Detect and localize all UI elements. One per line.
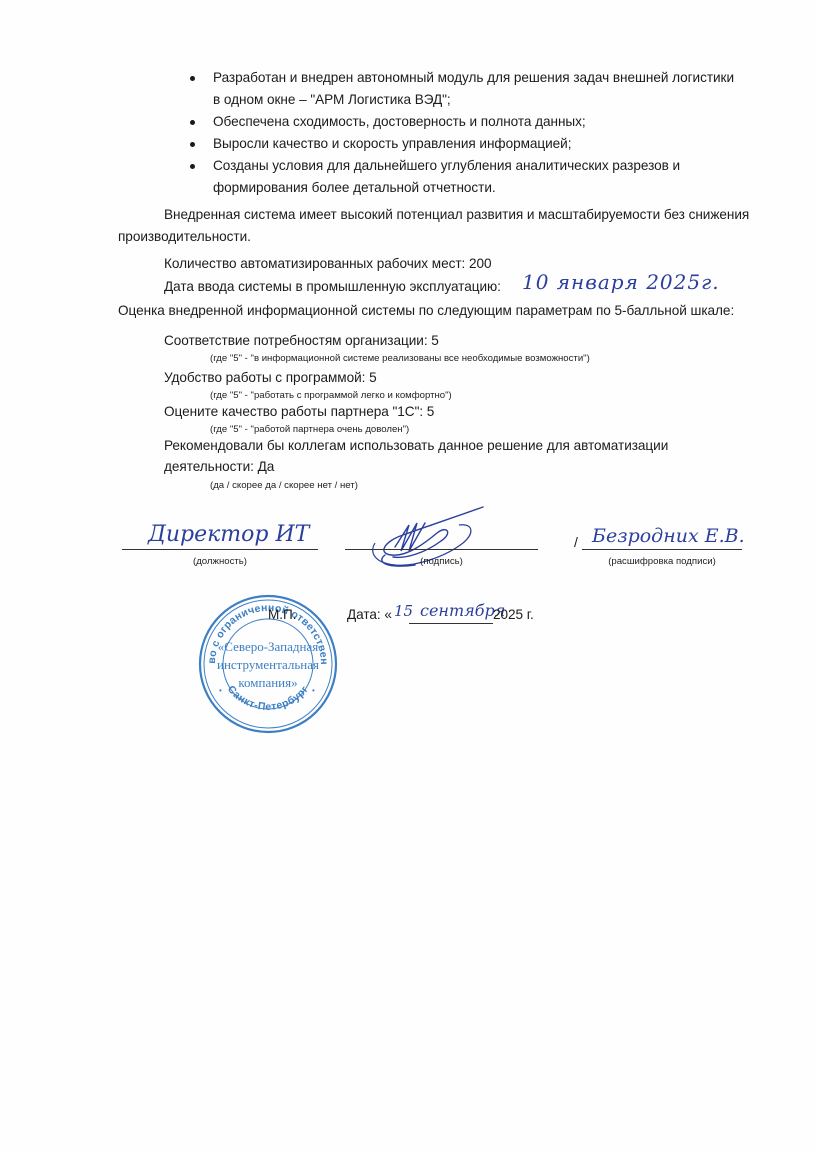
stamp-company-line: компания» [197, 675, 339, 691]
recommend-hint: (да / скорее да / скорее нет / нет) [210, 480, 358, 491]
document-page: Разработан и внедрен автономный модуль д… [0, 0, 815, 1152]
recommend-question-line2: деятельности: Да [164, 459, 274, 474]
list-item-text: Выросли качество и скорость управления и… [213, 136, 571, 151]
list-item-text: Разработан и внедрен автономный модуль д… [213, 70, 734, 85]
list-item-text: Обеспечена сходимость, достоверность и п… [213, 114, 586, 129]
name-caption: (расшифровка подписи) [582, 556, 742, 567]
rating-hint: (где "5" - "в информационной системе реа… [210, 353, 590, 364]
bullet-icon [190, 164, 195, 169]
name-handwritten: Безродних Е.В. [592, 525, 745, 547]
name-prefix: / [574, 534, 578, 550]
bullet-icon [190, 76, 195, 81]
recommend-question-line1: Рекомендовали бы коллегам использовать д… [164, 438, 668, 453]
date-month-line [409, 623, 493, 624]
rating-hint: (где "5" - "работой партнера очень довол… [210, 424, 409, 435]
rating-intro: Оценка внедренной информационной системы… [118, 303, 734, 318]
potential-paragraph-line2: производительности. [118, 229, 251, 244]
launch-date-label: Дата ввода системы в промышленную эксплу… [164, 279, 501, 294]
rating-question: Соответствие потребностям организации: 5 [164, 333, 439, 348]
rating-hint: (где "5" - "работать с программой легко … [210, 390, 452, 401]
stamp-company-line: инструментальная [197, 657, 339, 673]
signature-line [345, 549, 538, 550]
mp-label: М.П. [268, 607, 296, 622]
date-year: 2025 г. [493, 607, 534, 622]
list-item-text: Созданы условия для дальнейшего углублен… [213, 158, 680, 173]
workplaces-count: Количество автоматизированных рабочих ме… [164, 256, 491, 271]
potential-paragraph-line1: Внедренная система имеет высокий потенци… [164, 207, 749, 222]
name-line [582, 549, 742, 550]
rating-question: Оцените качество работы партнера "1С": 5 [164, 404, 434, 419]
list-item-text: в одном окне – "АРМ Логистика ВЭД"; [213, 92, 451, 107]
bullet-icon [190, 120, 195, 125]
signature-caption: (подпись) [345, 556, 538, 567]
position-caption: (должность) [122, 556, 318, 567]
position-handwritten: Директор ИТ [148, 522, 309, 547]
stamp-company-line: «Северо-Западная [197, 639, 339, 655]
position-line [122, 549, 318, 550]
rating-question: Удобство работы с программой: 5 [164, 370, 377, 385]
date-label: Дата: « [347, 607, 392, 622]
bullet-icon [190, 142, 195, 147]
date-day-handwritten: 15 [394, 602, 413, 620]
list-item-text: формирования более детальной отчетности. [213, 180, 496, 195]
launch-date-handwritten: 10 января 2025г. [522, 270, 720, 294]
